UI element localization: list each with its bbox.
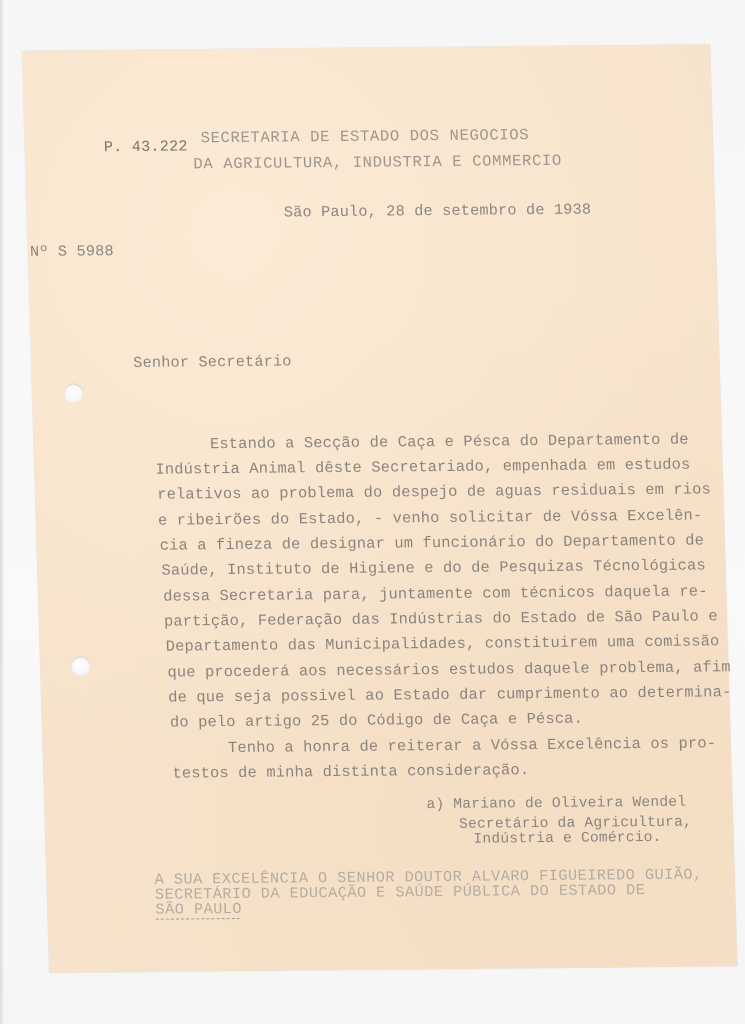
body-line: Estando a Secção de Caça e Pésca do Depa… — [154, 433, 689, 454]
body-line: de que seja possivel ao Estado dar cumpr… — [168, 685, 732, 706]
salutation: Senhor Secretário — [133, 354, 292, 371]
punch-hole-icon — [71, 656, 91, 675]
body-line: Departamento das Municipalidades, consti… — [166, 634, 720, 655]
signature-name: a) Mariano de Oliveira Wendel — [426, 796, 686, 813]
place-date: São Paulo, 28 de setembro de 1938 — [284, 203, 592, 221]
body-line: dessa Secretaria para, juntamente com té… — [163, 584, 708, 605]
body-line: do pelo artigo 25 do Código de Caça e Pé… — [170, 712, 583, 731]
body-line: Saúde, Instituto de Higiene e do de Pesq… — [161, 558, 706, 579]
signature-title-line-2: Indústria e Comércio. — [473, 831, 662, 847]
addressee-underline — [156, 918, 240, 921]
body-line: relativos ao problema do despejo de agua… — [157, 482, 711, 503]
body-line: Tenho a honra de reiterar a Vóssa Excelê… — [172, 736, 717, 757]
body-line: e ribeirões do Estado, - venho solicitar… — [158, 508, 703, 529]
body-line: Indústria Animal dêste Secretariado, emp… — [155, 458, 690, 479]
scanner-edge-shadow — [0, 0, 4, 1024]
letter-page: P. 43.222 SECRETARIA DE ESTADO DOS NEGOC… — [22, 44, 737, 972]
body-line: que procederá aos necessários estudos da… — [167, 660, 731, 681]
body-line: partição, Federação das Indústrias do Es… — [164, 609, 718, 630]
letterhead-line-1: SECRETARIA DE ESTADO DOS NEGOCIOS — [200, 128, 529, 147]
letterhead-line-2: DA AGRICULTURA, INDUSTRIA E COMMERCIO — [193, 154, 562, 173]
document-number: Nº S 5988 — [30, 244, 114, 260]
reference-number: P. 43.222 — [104, 139, 188, 155]
addressee-line-3: SÃO PAULO — [155, 902, 242, 918]
punch-hole-icon — [64, 383, 84, 402]
body-line: cia a fineza de designar um funcionário … — [160, 533, 705, 554]
body-line: testos de minha distinta consideração. — [172, 763, 529, 782]
